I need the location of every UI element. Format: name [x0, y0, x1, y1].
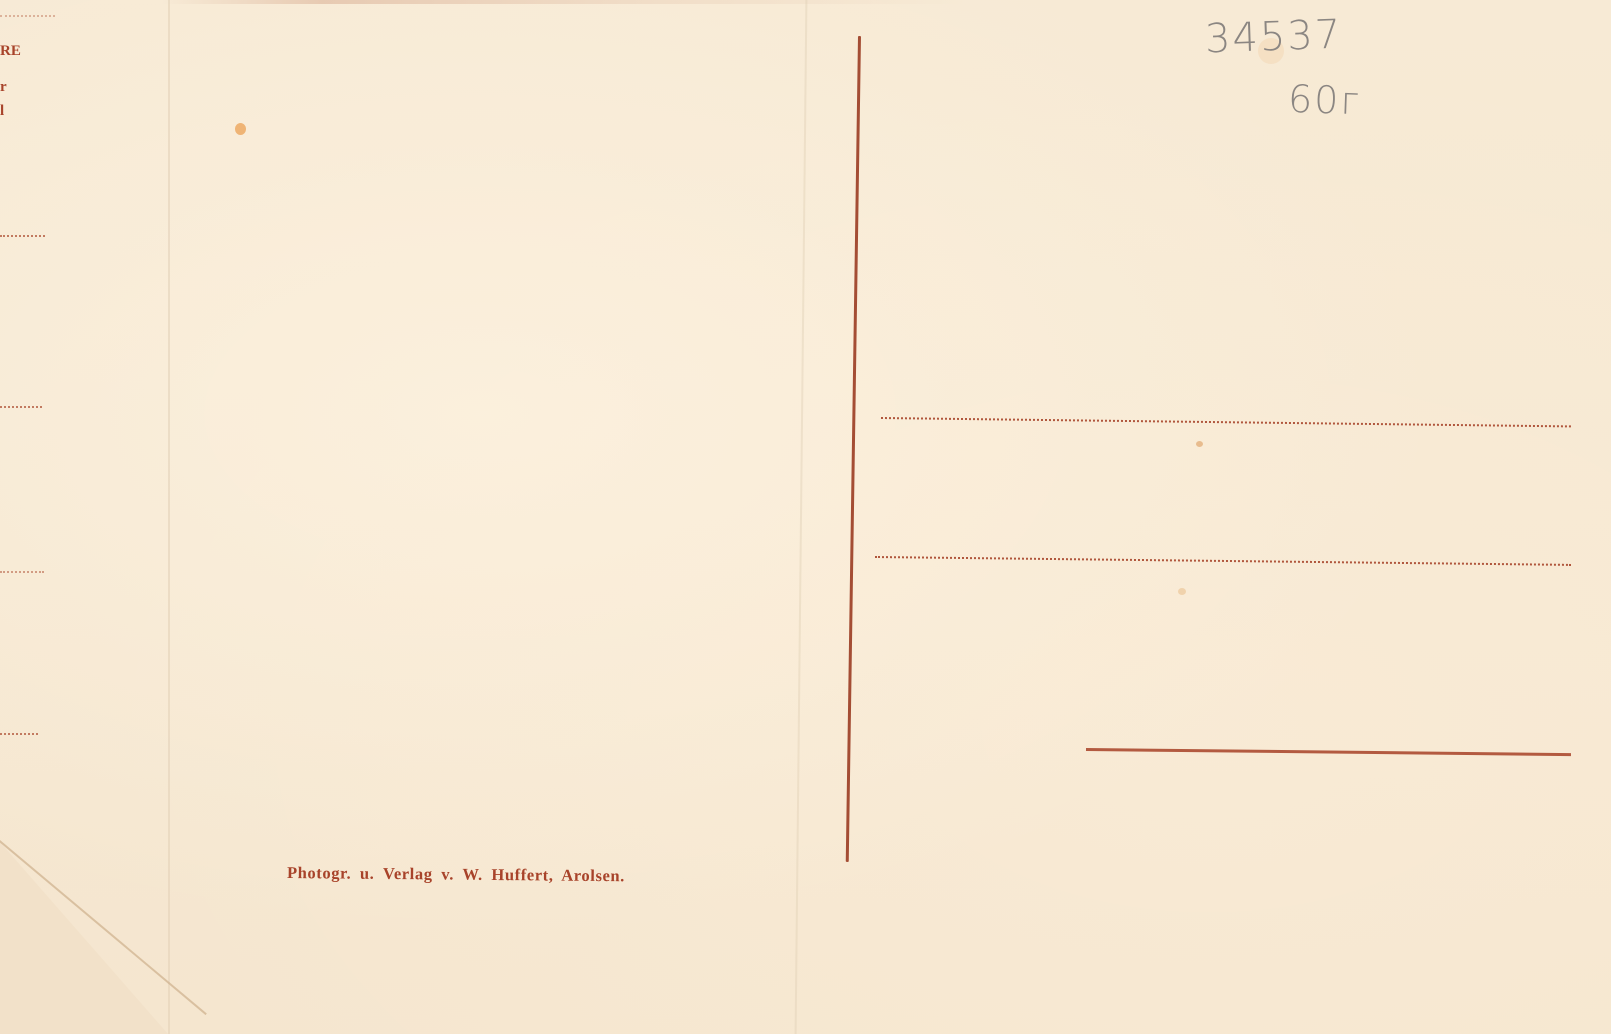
foxing-spot [1178, 588, 1186, 595]
left-text-fragment: l [0, 104, 4, 119]
publisher-imprint: Photogr. u. Verlag v. W. Huffert, Arolse… [287, 863, 625, 886]
left-dotted-stub [0, 733, 38, 735]
message-address-divider [846, 36, 861, 862]
address-line-solid [1086, 748, 1571, 756]
left-text-fragment: r [0, 80, 7, 95]
postcard-back: RE r l Photogr. u. Verlag v. W. Huffert,… [0, 0, 1611, 1034]
handwritten-catalog-number: 34537 [1204, 12, 1343, 63]
bent-corner [0, 842, 175, 1034]
left-dotted-stub [0, 15, 55, 17]
address-line-dotted-2 [875, 556, 1571, 566]
left-dotted-stub [0, 571, 44, 573]
address-line-dotted-1 [881, 417, 1571, 427]
left-text-fragment: RE [0, 44, 21, 59]
fold-mark-middle [795, 0, 808, 1034]
foxing-spot [235, 123, 246, 135]
left-dotted-stub [0, 406, 42, 408]
handwritten-note: 60г [1287, 77, 1362, 124]
left-dotted-stub [0, 235, 45, 237]
foxing-spot [1196, 441, 1203, 447]
